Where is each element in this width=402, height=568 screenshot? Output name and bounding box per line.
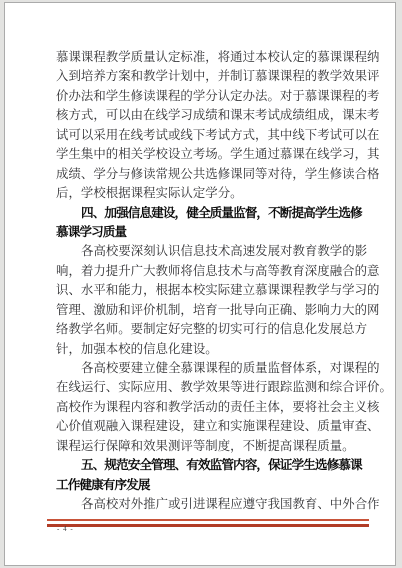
text-line: 慕课学习质量	[56, 223, 368, 242]
text-line: 响，着力提升广大教师将信息技术与高等教育深度融合的意	[56, 262, 368, 281]
text-line: 后，学校根据课程实际认定学分。	[56, 184, 368, 203]
text-line: 四、加强信息建设，健全质量监督，不断提高学生选修	[56, 204, 368, 223]
text-line: 管理、激励和评价机制，培育一批导向正确、影响力大的网	[56, 301, 368, 320]
text-line: 核方式，可以由在线学习成绩和课末考试成绩组成，课末考	[56, 106, 368, 125]
text-line: 试可以采用在线考试或线下考试方式，其中线下考试可以在	[56, 126, 368, 145]
text-line: 五、规范安全管理、有效监管内容，保证学生选修慕课	[56, 456, 368, 475]
text-line: 各高校对外推广或引进课程应遵守我国教育、中外合作	[56, 495, 368, 514]
text-line: 成绩、学分与修读常规公共选修课同等对待，学生修读合格	[56, 165, 368, 184]
text-line: 针，加强本校的信息化建设。	[56, 340, 368, 359]
footer-rule-top-line	[47, 519, 369, 521]
text-line: 各高校要建立健全慕课课程的质量监督体系，对课程的	[56, 359, 368, 378]
text-line: 心价值观融入课程建设，建立和实施课程建设、质量审查、	[56, 417, 368, 436]
document-canvas: 慕课课程教学质量认定标准，将通过本校认定的慕课课程纳入到培养方案和教学计划中，并…	[0, 0, 402, 568]
text-line: 价办法和学生修读课程的学分认定办法。对于慕课课程的考	[56, 87, 368, 106]
text-line: 络教学名师。要制定好完整的切实可行的信息化发展总方	[56, 320, 368, 339]
text-line: 在线运行、实际应用、教学效果等进行跟踪监测和综合评价。	[56, 378, 368, 397]
text-line: 课程运行保障和效果测评等制度，不断提高课程质量。	[56, 437, 368, 456]
document-page: 慕课课程教学质量认定标准，将通过本校认定的慕课课程纳入到培养方案和教学计划中，并…	[4, 2, 396, 566]
text-line: 识、水平和能力，根据本校实际建立慕课课程教学与学习的	[56, 281, 368, 300]
footer-double-rule	[47, 519, 369, 527]
text-line: 学生集中的相关学校设立考场。学生通过慕课在线学习，其	[56, 145, 368, 164]
text-line: 入到培养方案和教学计划中，并制订慕课课程的教学效果评	[56, 67, 368, 86]
text-line: 工作健康有序发展	[56, 476, 368, 495]
page-number: - 4 -	[57, 525, 74, 533]
document-body: 慕课课程教学质量认定标准，将通过本校认定的慕课课程纳入到培养方案和教学计划中，并…	[56, 48, 368, 515]
text-line: 高校作为课程内容和教学活动的责任主体，要将社会主义核	[56, 398, 368, 417]
text-line: 各高校要深刻认识信息技术高速发展对教育教学的影	[56, 242, 368, 261]
text-line: 慕课课程教学质量认定标准，将通过本校认定的慕课课程纳	[56, 48, 368, 67]
footer-rule-bottom-line	[47, 524, 369, 527]
